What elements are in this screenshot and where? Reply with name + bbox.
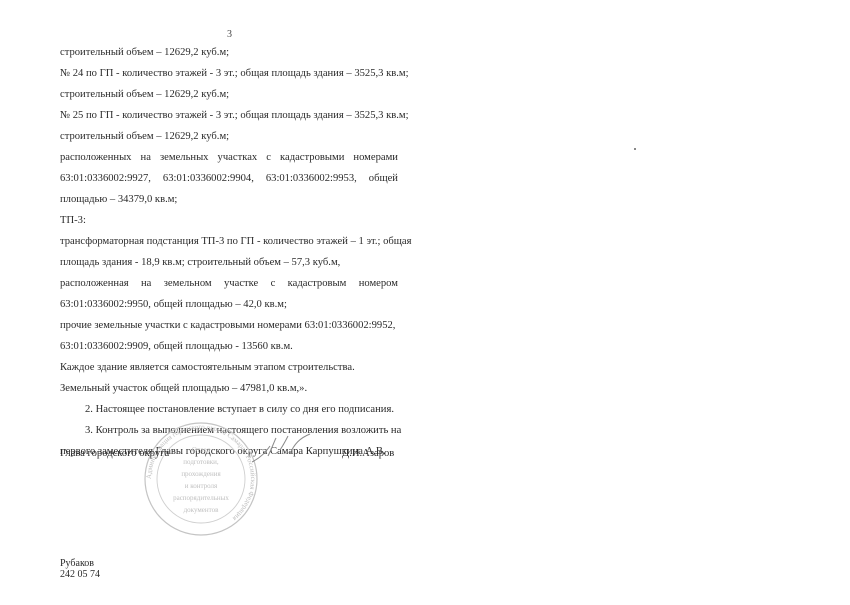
text-line-justified: расположенных на земельных участках с ка…	[60, 149, 398, 170]
word: участке	[224, 275, 258, 296]
word: земельных	[160, 149, 209, 170]
signatory-name: Д.И.Азаров	[342, 448, 394, 459]
page-number: 3	[227, 29, 232, 40]
word: номером	[359, 275, 398, 296]
text-line: площадь здания - 18,9 кв.м; строительный…	[60, 254, 398, 275]
section-heading: ТП-3:	[60, 212, 398, 233]
text-line: Каждое здание является самостоятельным э…	[60, 359, 398, 380]
word: с	[271, 275, 276, 296]
stamp-line: распорядительных	[173, 494, 229, 502]
stamp-line: документов	[184, 506, 220, 514]
executor-phone: 242 05 74	[60, 569, 100, 580]
text-line: строительный объем – 12629,2 куб.м;	[60, 44, 398, 65]
text-line: строительный объем – 12629,2 куб.м;	[60, 128, 398, 149]
word: кадастровыми	[280, 149, 344, 170]
text-line: трансформаторная подстанция ТП-3 по ГП -…	[60, 233, 398, 254]
word: 63:01:0336002:9927,	[60, 170, 151, 191]
text-line: 63:01:0336002:9909, общей площадью - 135…	[60, 338, 398, 359]
executor-name: Рубаков	[60, 558, 100, 569]
word: расположенная	[60, 275, 129, 296]
text-line-justified: расположенная на земельном участке с кад…	[60, 275, 398, 296]
word: 63:01:0336002:9953,	[266, 170, 357, 191]
stamp-line: прохождения	[181, 470, 221, 478]
document-body: строительный объем – 12629,2 куб.м; № 24…	[60, 44, 398, 464]
word: кадастровым	[288, 275, 347, 296]
text-line: площадью – 34379,0 кв.м;	[60, 191, 398, 212]
handwritten-signature	[250, 428, 320, 468]
word: участках	[218, 149, 258, 170]
clause-2: 2. Настоящее постановление вступает в си…	[60, 401, 398, 422]
word: расположенных	[60, 149, 131, 170]
word: 63:01:0336002:9904,	[163, 170, 254, 191]
scan-speck	[634, 148, 636, 150]
text-line: строительный объем – 12629,2 куб.м;	[60, 86, 398, 107]
stamp-line: Отдел	[192, 446, 211, 454]
word: номерами	[353, 149, 398, 170]
text-line: прочие земельные участки с кадастровыми …	[60, 317, 398, 338]
stamp-line: и контроля	[185, 482, 218, 490]
word: на	[141, 275, 151, 296]
text-line-justified: 63:01:0336002:9927, 63:01:0336002:9904, …	[60, 170, 398, 191]
text-line: № 25 по ГП - количество этажей - 3 эт.; …	[60, 107, 398, 128]
signature-icon	[250, 428, 320, 468]
official-stamp: Администрация городского округа Самара •…	[142, 420, 260, 538]
text-line: 63:01:0336002:9950, общей площадью – 42,…	[60, 296, 398, 317]
word: с	[266, 149, 271, 170]
word: земельном	[164, 275, 212, 296]
stamp-seal-icon: Администрация городского округа Самара •…	[142, 420, 260, 538]
executor-info: Рубаков 242 05 74	[60, 558, 100, 580]
text-line: № 24 по ГП - количество этажей - 3 эт.; …	[60, 65, 398, 86]
signatory-title: Глава городского округа	[60, 448, 169, 459]
word: общей	[369, 170, 398, 191]
word: на	[141, 149, 151, 170]
text-line: Земельный участок общей площадью – 47981…	[60, 380, 398, 401]
stamp-line: подготовки,	[183, 458, 219, 466]
